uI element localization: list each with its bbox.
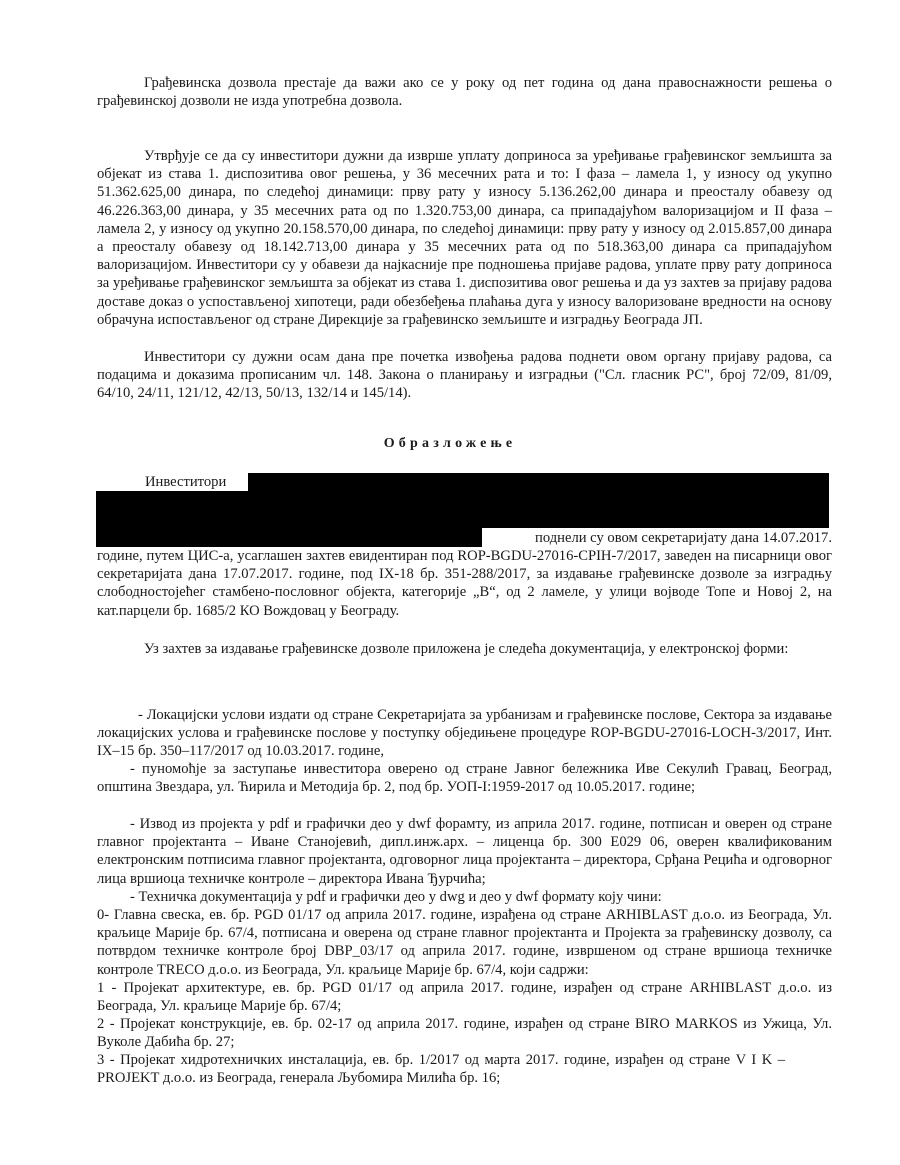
- document-page: Грађевинска дозвола престаје да важи ако…: [0, 0, 900, 1165]
- attachment-item: - Техничка документација у pdf и графичк…: [97, 888, 832, 906]
- paragraph-text: Утврђује се да су инвеститори дужни да и…: [97, 148, 832, 328]
- investors-label: Инвеститори: [145, 473, 245, 491]
- paragraph-attached: Уз захтев за издавање грађевинске дозвол…: [97, 640, 832, 658]
- paragraph-text: Грађевинска дозвола престаје да важи ако…: [97, 75, 832, 109]
- paragraph-text: Инвеститори су дужни осам дана пре почет…: [97, 349, 832, 401]
- item-text: - Техничка документација у pdf и графичк…: [130, 889, 662, 905]
- section-heading: Образложење: [0, 435, 900, 453]
- paragraph-contribution: Утврђује се да су инвеститори дужни да и…: [97, 147, 832, 329]
- item-text: - пуномоћје за заступање инвеститора ове…: [97, 761, 832, 795]
- attachment-item: - Локацијски услови издати од стране Сек…: [97, 706, 832, 761]
- tech-doc-item: 1 - Пројекат архитектуре, ев. бр. PGD 01…: [97, 979, 832, 1015]
- attachment-item: - Извод из пројекта у pdf и графички део…: [97, 815, 832, 888]
- paragraph-text: Уз захтев за издавање грађевинске дозвол…: [144, 641, 788, 657]
- submitted-text: поднели су овом секретаријату дана 14.07…: [486, 529, 832, 547]
- tech-doc-item: 3 - Пројекат хидротехничких инсталација,…: [97, 1051, 785, 1087]
- tech-doc-item: 0- Главна свеска, ев. бр. PGD 01/17 од а…: [97, 906, 832, 979]
- redaction-block: [96, 527, 482, 547]
- paragraph-text: године, путем ЦИС-а, усаглашен захтев ев…: [97, 548, 832, 619]
- tech-doc-item: 2 - Пројекат конструкције, ев. бр. 02-17…: [97, 1015, 832, 1051]
- paragraph-request: године, путем ЦИС-а, усаглашен захтев ев…: [97, 547, 832, 620]
- item-text: - Локацијски услови издати од стране Сек…: [97, 707, 832, 759]
- redaction-block: [96, 491, 829, 528]
- paragraph-permit-validity: Грађевинска дозвола престаје да важи ако…: [97, 74, 832, 110]
- item-text: - Извод из пројекта у pdf и графички део…: [97, 816, 832, 887]
- attachment-item: - пуномоћје за заступање инвеститора ове…: [97, 760, 832, 796]
- paragraph-notice: Инвеститори су дужни осам дана пре почет…: [97, 348, 832, 403]
- redaction-block: [248, 473, 829, 492]
